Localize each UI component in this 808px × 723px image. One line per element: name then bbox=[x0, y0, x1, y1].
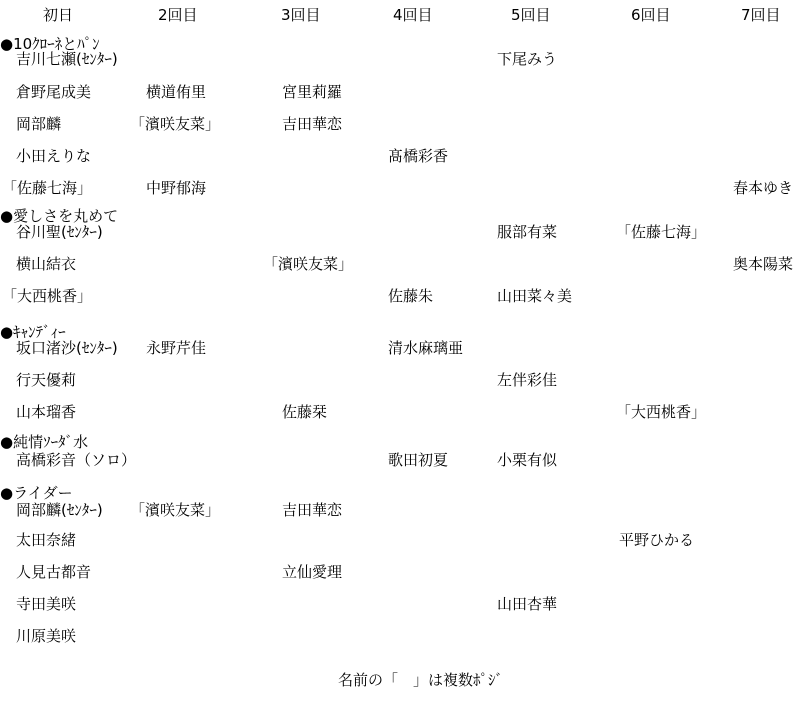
column-header: 2回目 bbox=[158, 7, 198, 24]
member-name: 倉野尾成美 bbox=[16, 84, 91, 101]
member-name: 「濱咲友菜」 bbox=[130, 116, 220, 133]
member-name: 立仙愛理 bbox=[282, 564, 342, 581]
member-name: 岡部麟(ｾﾝﾀｰ) bbox=[16, 502, 103, 519]
member-name: 永野芹佳 bbox=[146, 340, 206, 357]
member-name: 春本ゆき bbox=[733, 180, 793, 197]
column-header: 4回目 bbox=[393, 7, 433, 24]
column-header: 初日 bbox=[43, 7, 73, 24]
member-name: 「佐藤七海」 bbox=[616, 224, 706, 241]
member-name: 吉田華恋 bbox=[282, 116, 342, 133]
member-name: 左伴彩佳 bbox=[497, 372, 557, 389]
column-header: 7回目 bbox=[741, 7, 781, 24]
member-name: 歌田初夏 bbox=[388, 452, 448, 469]
member-name: 谷川聖(ｾﾝﾀｰ) bbox=[16, 224, 103, 241]
member-name: 山田菜々美 bbox=[497, 288, 572, 305]
member-name: 佐藤栞 bbox=[282, 404, 327, 421]
member-name: 坂口渚沙(ｾﾝﾀｰ) bbox=[16, 340, 118, 357]
member-name: 下尾みう bbox=[497, 51, 557, 68]
member-name: 太田奈緒 bbox=[16, 532, 76, 549]
member-name: 清水麻璃亜 bbox=[388, 340, 463, 357]
member-name: 川原美咲 bbox=[16, 628, 76, 645]
member-name: 佐藤朱 bbox=[388, 288, 433, 305]
member-name: 宮里莉羅 bbox=[282, 84, 342, 101]
member-name: 「佐藤七海」 bbox=[2, 180, 92, 197]
member-name: 「大西桃香」 bbox=[616, 404, 706, 421]
member-name: 服部有菜 bbox=[497, 224, 557, 241]
member-name: 吉川七瀬(ｾﾝﾀｰ) bbox=[16, 51, 118, 68]
member-name: 小田えりな bbox=[16, 148, 91, 165]
member-name: 行天優莉 bbox=[16, 372, 76, 389]
column-header: 6回目 bbox=[631, 7, 671, 24]
member-name: 横道侑里 bbox=[146, 84, 206, 101]
member-name: 吉田華恋 bbox=[282, 502, 342, 519]
song-title: ●純情ｿｰﾀﾞ水 bbox=[0, 434, 88, 451]
member-name: 「濱咲友菜」 bbox=[263, 256, 353, 273]
member-name: 岡部麟 bbox=[16, 116, 61, 133]
member-name: 寺田美咲 bbox=[16, 596, 76, 613]
member-name: 奥本陽菜 bbox=[733, 256, 793, 273]
member-name: 「濱咲友菜」 bbox=[130, 502, 220, 519]
member-name: 横山結衣 bbox=[16, 256, 76, 273]
column-header: 5回目 bbox=[511, 7, 551, 24]
member-name: 髙橋彩香 bbox=[388, 148, 448, 165]
member-name: 山本瑠香 bbox=[16, 404, 76, 421]
member-name: 山田杏華 bbox=[497, 596, 557, 613]
member-name: 人見古都音 bbox=[16, 564, 91, 581]
member-name: 小栗有似 bbox=[497, 452, 557, 469]
footnote: 名前の「 」は複数ﾎﾟｼﾞ bbox=[338, 672, 503, 689]
song-title: ●ライダー bbox=[0, 485, 73, 502]
column-header: 3回目 bbox=[281, 7, 321, 24]
member-name: 平野ひかる bbox=[619, 532, 694, 549]
member-name: 「大西桃香」 bbox=[2, 288, 92, 305]
member-name: 高橋彩音（ソロ） bbox=[16, 452, 136, 469]
member-name: 中野郁海 bbox=[146, 180, 206, 197]
position-chart-sheet: 初日2回目3回目4回目5回目6回目7回目 ●10ｸﾛｰﾈとﾊﾟﾝ吉川七瀬(ｾﾝﾀ… bbox=[0, 0, 808, 723]
